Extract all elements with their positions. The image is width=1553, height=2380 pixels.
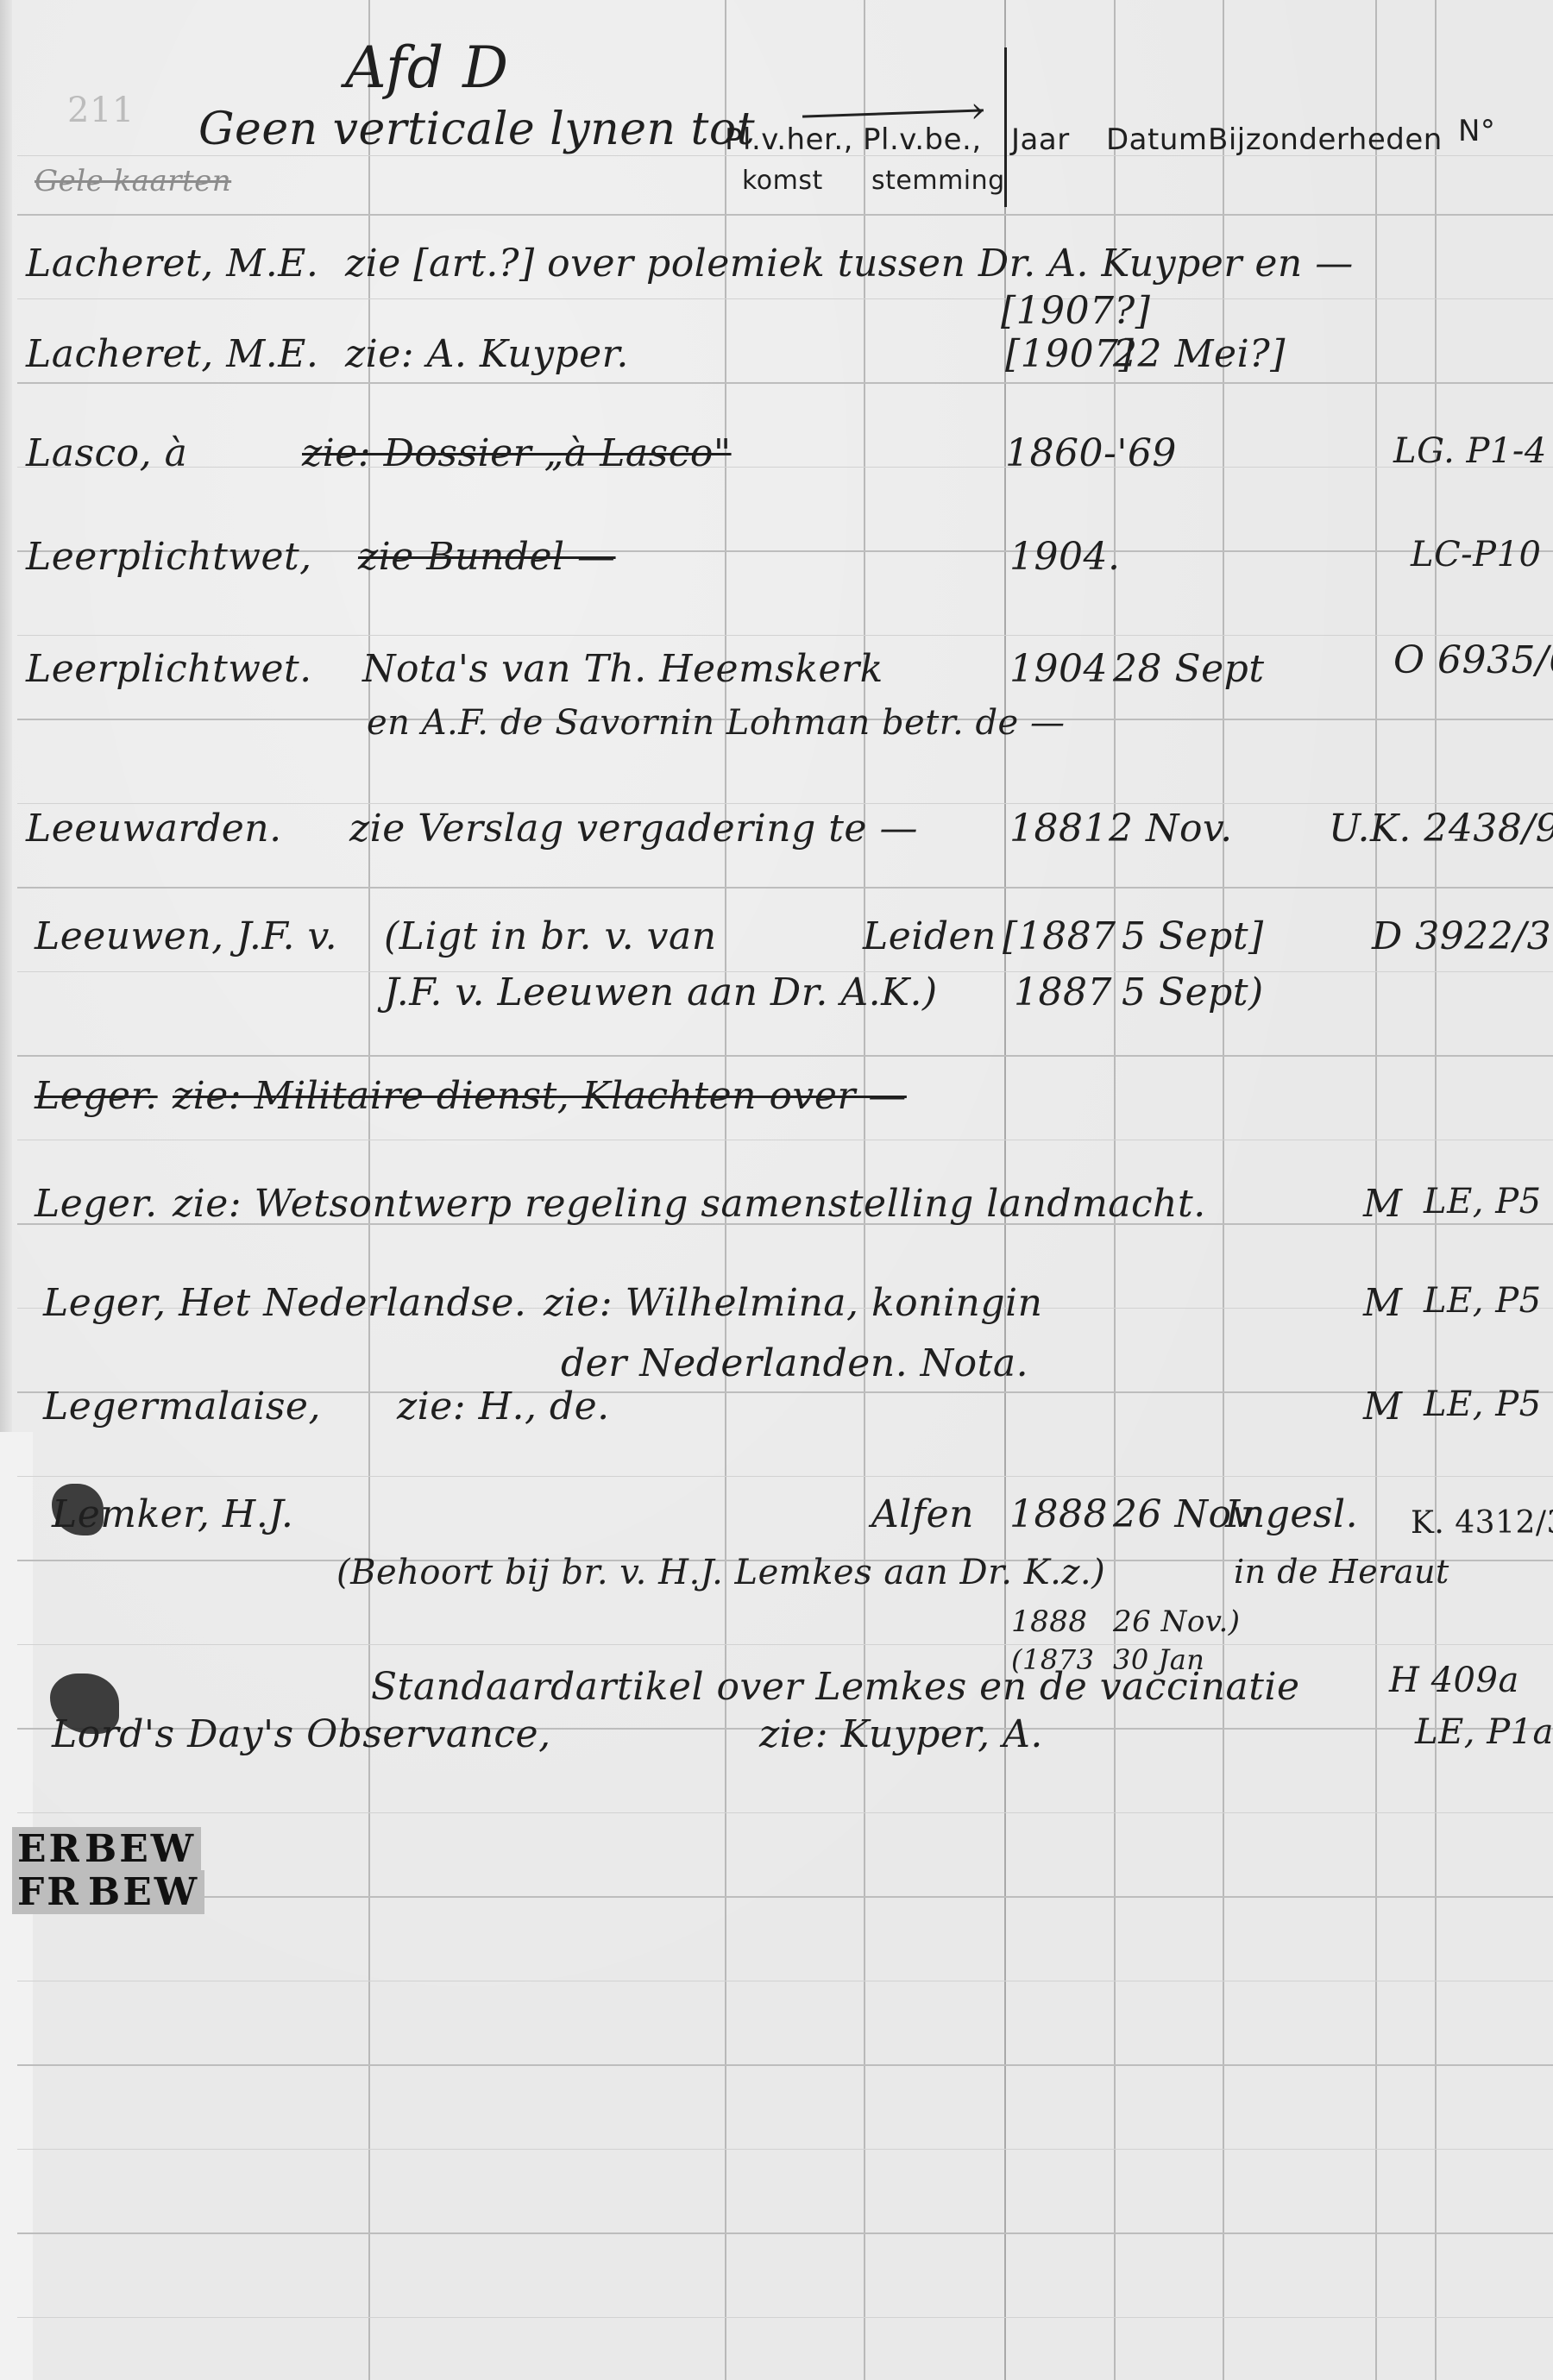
entry-nummer: LE, P1a — [1415, 1712, 1553, 1752]
entry-subject: Legermalaise, — [43, 1385, 321, 1429]
entry-plaats-herkomst: Alfen — [871, 1492, 974, 1536]
entry-jaar: [1907?] — [1001, 289, 1150, 333]
entry-description-line2: (Behoort bij br. v. H.J. Lemkes aan Dr. … — [336, 1553, 1105, 1592]
pasted-label-fragment: BEW — [79, 1827, 201, 1871]
entry-description: zie [art.?] over polemiek tussen Dr. A. … — [345, 242, 1354, 286]
entry-subject: Leerplichtwet. — [26, 647, 312, 691]
entry-description: zie: Kuyper, A. — [759, 1712, 1043, 1756]
entry-description-line2: J.F. v. Leeuwen aan Dr. A.K.) — [384, 970, 938, 1014]
entry-nummer: O 6935/6 — [1393, 638, 1553, 682]
entry-subject: Leeuwen, J.F. v. — [35, 914, 337, 958]
entry-jaar: 1881 — [1009, 807, 1108, 851]
col-header-bestemming: Pl.v.be., — [863, 122, 982, 157]
row-rule — [17, 2232, 1553, 2234]
entry-nummer: LC-P10 — [1411, 535, 1542, 575]
row-rule — [17, 887, 1553, 889]
entry-bijzonderheden: Ingesl. — [1225, 1492, 1358, 1536]
entry-description: Nota's van Th. Heemskerk — [362, 647, 883, 691]
entry-subject: Lacheret, M.E. — [26, 332, 318, 376]
col-header-herkomst-2: komst — [742, 166, 823, 196]
entry-plaats-herkomst: Leiden — [863, 914, 997, 958]
col-header-herkomst: Pl.v.her., — [725, 122, 853, 157]
entry-bijzonderheden: M — [1363, 1182, 1403, 1226]
row-rule-fine — [17, 1644, 1553, 1645]
entry-datum: 2 Nov. — [1109, 807, 1233, 851]
col-header-datum: Datum — [1106, 122, 1208, 157]
entry-jaar: 1860-'69 — [1005, 431, 1177, 475]
entry-subject: Leerplichtwet, — [26, 535, 312, 579]
col-header-jaar: Jaar — [1011, 122, 1070, 157]
pasted-label-fragment: FR — [12, 1870, 86, 1914]
entry-nummer: D 3922/3 — [1372, 914, 1551, 958]
entry-jaar: 1904. — [1009, 535, 1120, 579]
entry-datum: 22 Mei?] — [1113, 332, 1286, 376]
entry-subject: Leger. — [35, 1182, 158, 1226]
pasted-label-fragment: ER — [12, 1827, 88, 1871]
entry-description: zie: Wilhelmina, koningin — [544, 1281, 1042, 1325]
entry-description: zie Bundel — — [358, 535, 616, 579]
pasted-label-fragment: BEW — [83, 1870, 204, 1914]
row-rule-fine — [17, 298, 1553, 299]
entry-description: zie: Dossier „à Lasco" — [302, 431, 732, 475]
row-rule-fine — [17, 803, 1553, 804]
row-rule — [17, 214, 1553, 216]
entry-subject: Leeuwarden. — [26, 807, 282, 851]
row-rule-fine — [17, 1981, 1553, 1981]
section-title: Afd D — [345, 35, 509, 101]
entry-jaar: 1888 — [1009, 1492, 1108, 1536]
entry-datum: 5 Sept] — [1122, 914, 1264, 958]
entry-subject: Lacheret, M.E. — [26, 242, 318, 286]
entry-description: zie: Militaire dienst, Klachten over — — [173, 1074, 907, 1118]
entry-subject: Leger. — [35, 1074, 158, 1118]
entry-bijzonderheden-line2: in de Heraut — [1234, 1553, 1449, 1591]
entry-datum: 28 Sept — [1113, 647, 1265, 691]
entry-subject: Lord's Day's Observance, — [52, 1712, 551, 1756]
entry-description: Standaardartikel over Lemkes en de vacci… — [371, 1665, 1300, 1709]
row-rule-fine — [17, 1140, 1553, 1140]
row-rule — [17, 1896, 1553, 1898]
entry-description: zie: A. Kuyper. — [345, 332, 629, 376]
header-note: Geen verticale lynen tot — [198, 104, 755, 155]
entry-jaar-line2: 1887 — [1014, 970, 1112, 1014]
entry-description-line2: en A.F. de Savornin Lohman betr. de — — [367, 703, 1065, 743]
entry-nummer: LE, P5 — [1424, 1281, 1542, 1321]
row-rule-fine — [17, 2317, 1553, 2318]
entry-nummer: LG. P1-4 — [1393, 431, 1547, 471]
row-rule — [17, 2064, 1553, 2066]
row-rule-fine — [17, 1812, 1553, 1813]
crossed-out-label: Gele kaarten — [35, 164, 231, 198]
entry-description: zie: H., de. — [397, 1385, 610, 1429]
col-header-bestemming-2: stemming — [871, 166, 1005, 196]
entry-subject: Leger, Het Nederlandse. — [43, 1281, 526, 1325]
col-header-nummer: N° — [1458, 114, 1495, 148]
entry-jaar-line3: 1888 — [1011, 1604, 1088, 1639]
entry-subject: Lasco, à — [26, 431, 187, 475]
entry-subject: Lemker, H.J. — [52, 1492, 293, 1536]
entry-description-line2: der Nederlanden. Nota. — [561, 1341, 1028, 1385]
entry-nummer: LE, P5 — [1424, 1182, 1542, 1221]
row-rule-fine — [17, 467, 1553, 468]
entry-nummer: LE, P5 — [1424, 1385, 1542, 1424]
entry-description: (Ligt in br. v. van — [384, 914, 717, 958]
entry-bijzonderheden: M — [1363, 1281, 1403, 1325]
entry-jaar: 1904 — [1009, 647, 1108, 691]
faint-stamp: 211 — [67, 91, 135, 130]
ledger-card: 211 Afd D Geen verticale lynen tot › Gel… — [0, 0, 1553, 2380]
entry-bijzonderheden: M — [1363, 1385, 1403, 1429]
entry-datum-line3: 26 Nov.) — [1113, 1604, 1241, 1639]
col-header-bijzonderheden: Bijzonderheden — [1208, 122, 1443, 157]
row-rule-fine — [17, 1476, 1553, 1477]
row-rule-fine — [17, 2149, 1553, 2150]
entry-datum-line2: 5 Sept) — [1122, 970, 1264, 1014]
row-rule — [17, 382, 1553, 384]
entry-nummer: H 409a — [1389, 1661, 1519, 1700]
row-rule — [17, 1055, 1553, 1057]
entry-jaar: [1887 — [1003, 914, 1116, 958]
entry-description: zie Verslag vergadering te — — [349, 807, 918, 851]
entry-nummer: K. 4312/3 — [1411, 1505, 1553, 1541]
entry-nummer: U.K. 2438/9 — [1329, 807, 1553, 851]
row-rule-fine — [17, 635, 1553, 636]
arrow-line — [802, 109, 984, 117]
entry-description: zie: Wetsontwerp regeling samenstelling … — [173, 1182, 1206, 1226]
